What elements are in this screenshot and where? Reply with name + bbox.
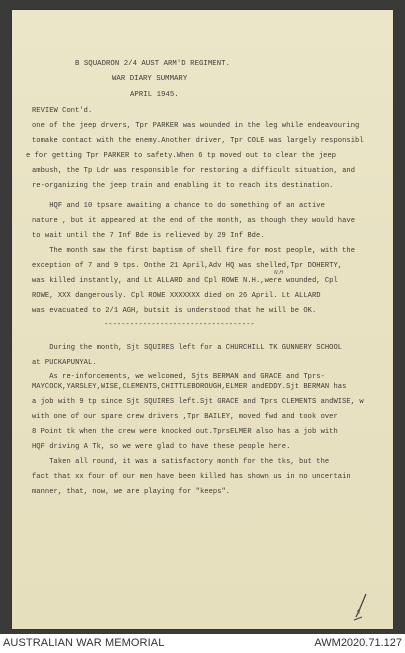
reference-number: AWM2020.71.127 [314,637,402,649]
text-line: fact that xx four of our men have been k… [32,473,351,482]
text-line: 8 Point tk when the crew were knocked ou… [32,428,338,437]
text-line: re-organizing the jeep train and enablin… [32,182,334,191]
text-line: e for getting Tpr PARKER to safety.When … [26,152,336,161]
handwritten-note: N.H [274,270,283,276]
footer-bar: AUSTRALIAN WAR MEMORIAL AWM2020.71.127 [0,634,405,653]
document-page: B SQUADRON 2/4 AUST ARM'D REGIMENT. WAR … [12,10,393,629]
text-line: exception of 7 and 9 tps. Onthe 21 April… [32,262,342,271]
header-line-1: B SQUADRON 2/4 AUST ARM'D REGIMENT. [75,60,230,69]
text-line: was evacuated to 2/1 AGH, butsit is unde… [32,307,316,316]
text-line: nature , but it appeared at the end of t… [32,217,355,226]
text-line: HQF and 10 tpsare awaiting a chance to d… [32,202,325,211]
text-line: Taken all round, it was a satisfactory m… [32,458,329,467]
text-line: The month saw the first baptism of shell… [32,247,355,256]
header-line-2: WAR DIARY SUMMARY [112,75,187,84]
text-line: at PUCKAPUNYAL. [32,359,97,368]
text-line: manner, that, now, we are playing for "k… [32,488,230,497]
text-line: During the month, Sjt SQUIRES left for a… [32,344,342,353]
text-line: to wait until the 7 Inf Bde is relieved … [32,232,265,241]
text-line: a job with 9 tp since Sjt SQUIRES left.S… [32,398,364,407]
text-line: MAYCOCK,YARSLEY,WISE,CLEMENTS,CHITTLEBOR… [32,383,346,392]
text-line: was killed instantly, and Lt ALLARD and … [32,277,338,286]
text-line: HQF driving A Tk, so we were glad to hav… [32,443,290,452]
section-divider: ----------------------------------- [104,321,255,330]
text-line: with one of our spare crew drivers ,Tpr … [32,413,338,422]
pencil-tick-mark-icon [352,593,368,623]
text-line: tomake contact with the enemy.Another dr… [32,137,364,146]
text-line: one of the jeep drvers, Tpr PARKER was w… [32,122,359,131]
text-line: ambush, the Tp Ldr was responsible for r… [32,167,355,176]
section-label: REVIEW Cont'd. [32,107,92,116]
institution-label: AUSTRALIAN WAR MEMORIAL [3,637,164,649]
text-line: As re-inforcements, we welcomed, Sjts BE… [32,373,325,382]
header-line-3: APRIL 1945. [130,91,179,100]
text-line: ROWE, XXX dangerously. Cpl ROWE XXXXXXX … [32,292,321,301]
